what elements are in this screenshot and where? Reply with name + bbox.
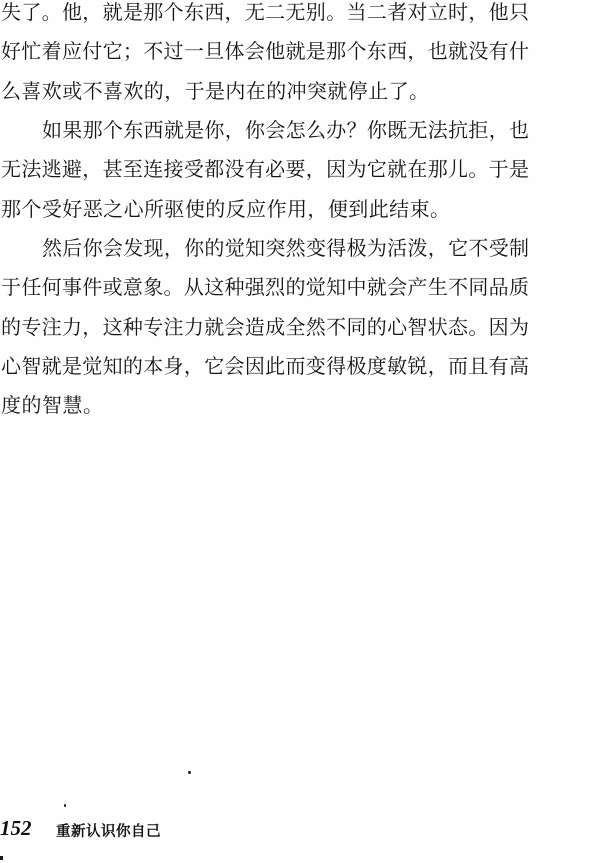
text-line: 心智就是觉知的本身，它会因此而变得极度敏锐，而且有高 xyxy=(1,347,529,386)
text-line: 的专注力，这种专注力就会造成全然不同的心智状态。因为 xyxy=(1,308,529,347)
body-text: 失了。他，就是那个东西，无二无别。当二者对立时，他只好忙着应付它；不过一旦体会他… xyxy=(1,0,531,426)
text-line: 失了。他，就是那个东西，无二无别。当二者对立时，他只 xyxy=(1,0,529,32)
text-line: 无法逃避，甚至连接受都没有必要，因为它就在那儿。于是 xyxy=(1,150,529,189)
page-number: 152 xyxy=(0,816,32,841)
page-footer: 152 重新认识你自己 xyxy=(0,814,614,844)
text-line: 那个受好恶之心所驱使的反应作用，便到此结束。 xyxy=(1,190,450,229)
text-line: 么喜欢或不喜欢的，于是内在的冲突就停止了。 xyxy=(1,72,429,111)
ink-speck xyxy=(0,856,3,860)
ink-speck xyxy=(64,804,66,807)
text-line: 度的智慧。 xyxy=(1,386,103,425)
ink-speck xyxy=(188,771,191,774)
book-title: 重新认识你自己 xyxy=(56,820,161,841)
text-line: 好忙着应付它；不过一旦体会他就是那个东西，也就没有什 xyxy=(1,32,529,71)
text-line: 如果那个东西就是你，你会怎么办？你既无法抗拒，也 xyxy=(1,111,529,150)
book-page: 失了。他，就是那个东西，无二无别。当二者对立时，他只好忙着应付它；不过一旦体会他… xyxy=(0,0,614,863)
text-line: 于任何事件或意象。从这种强烈的觉知中就会产生不同品质 xyxy=(1,268,529,307)
text-line: 然后你会发现，你的觉知突然变得极为活泼，它不受制 xyxy=(1,229,529,268)
